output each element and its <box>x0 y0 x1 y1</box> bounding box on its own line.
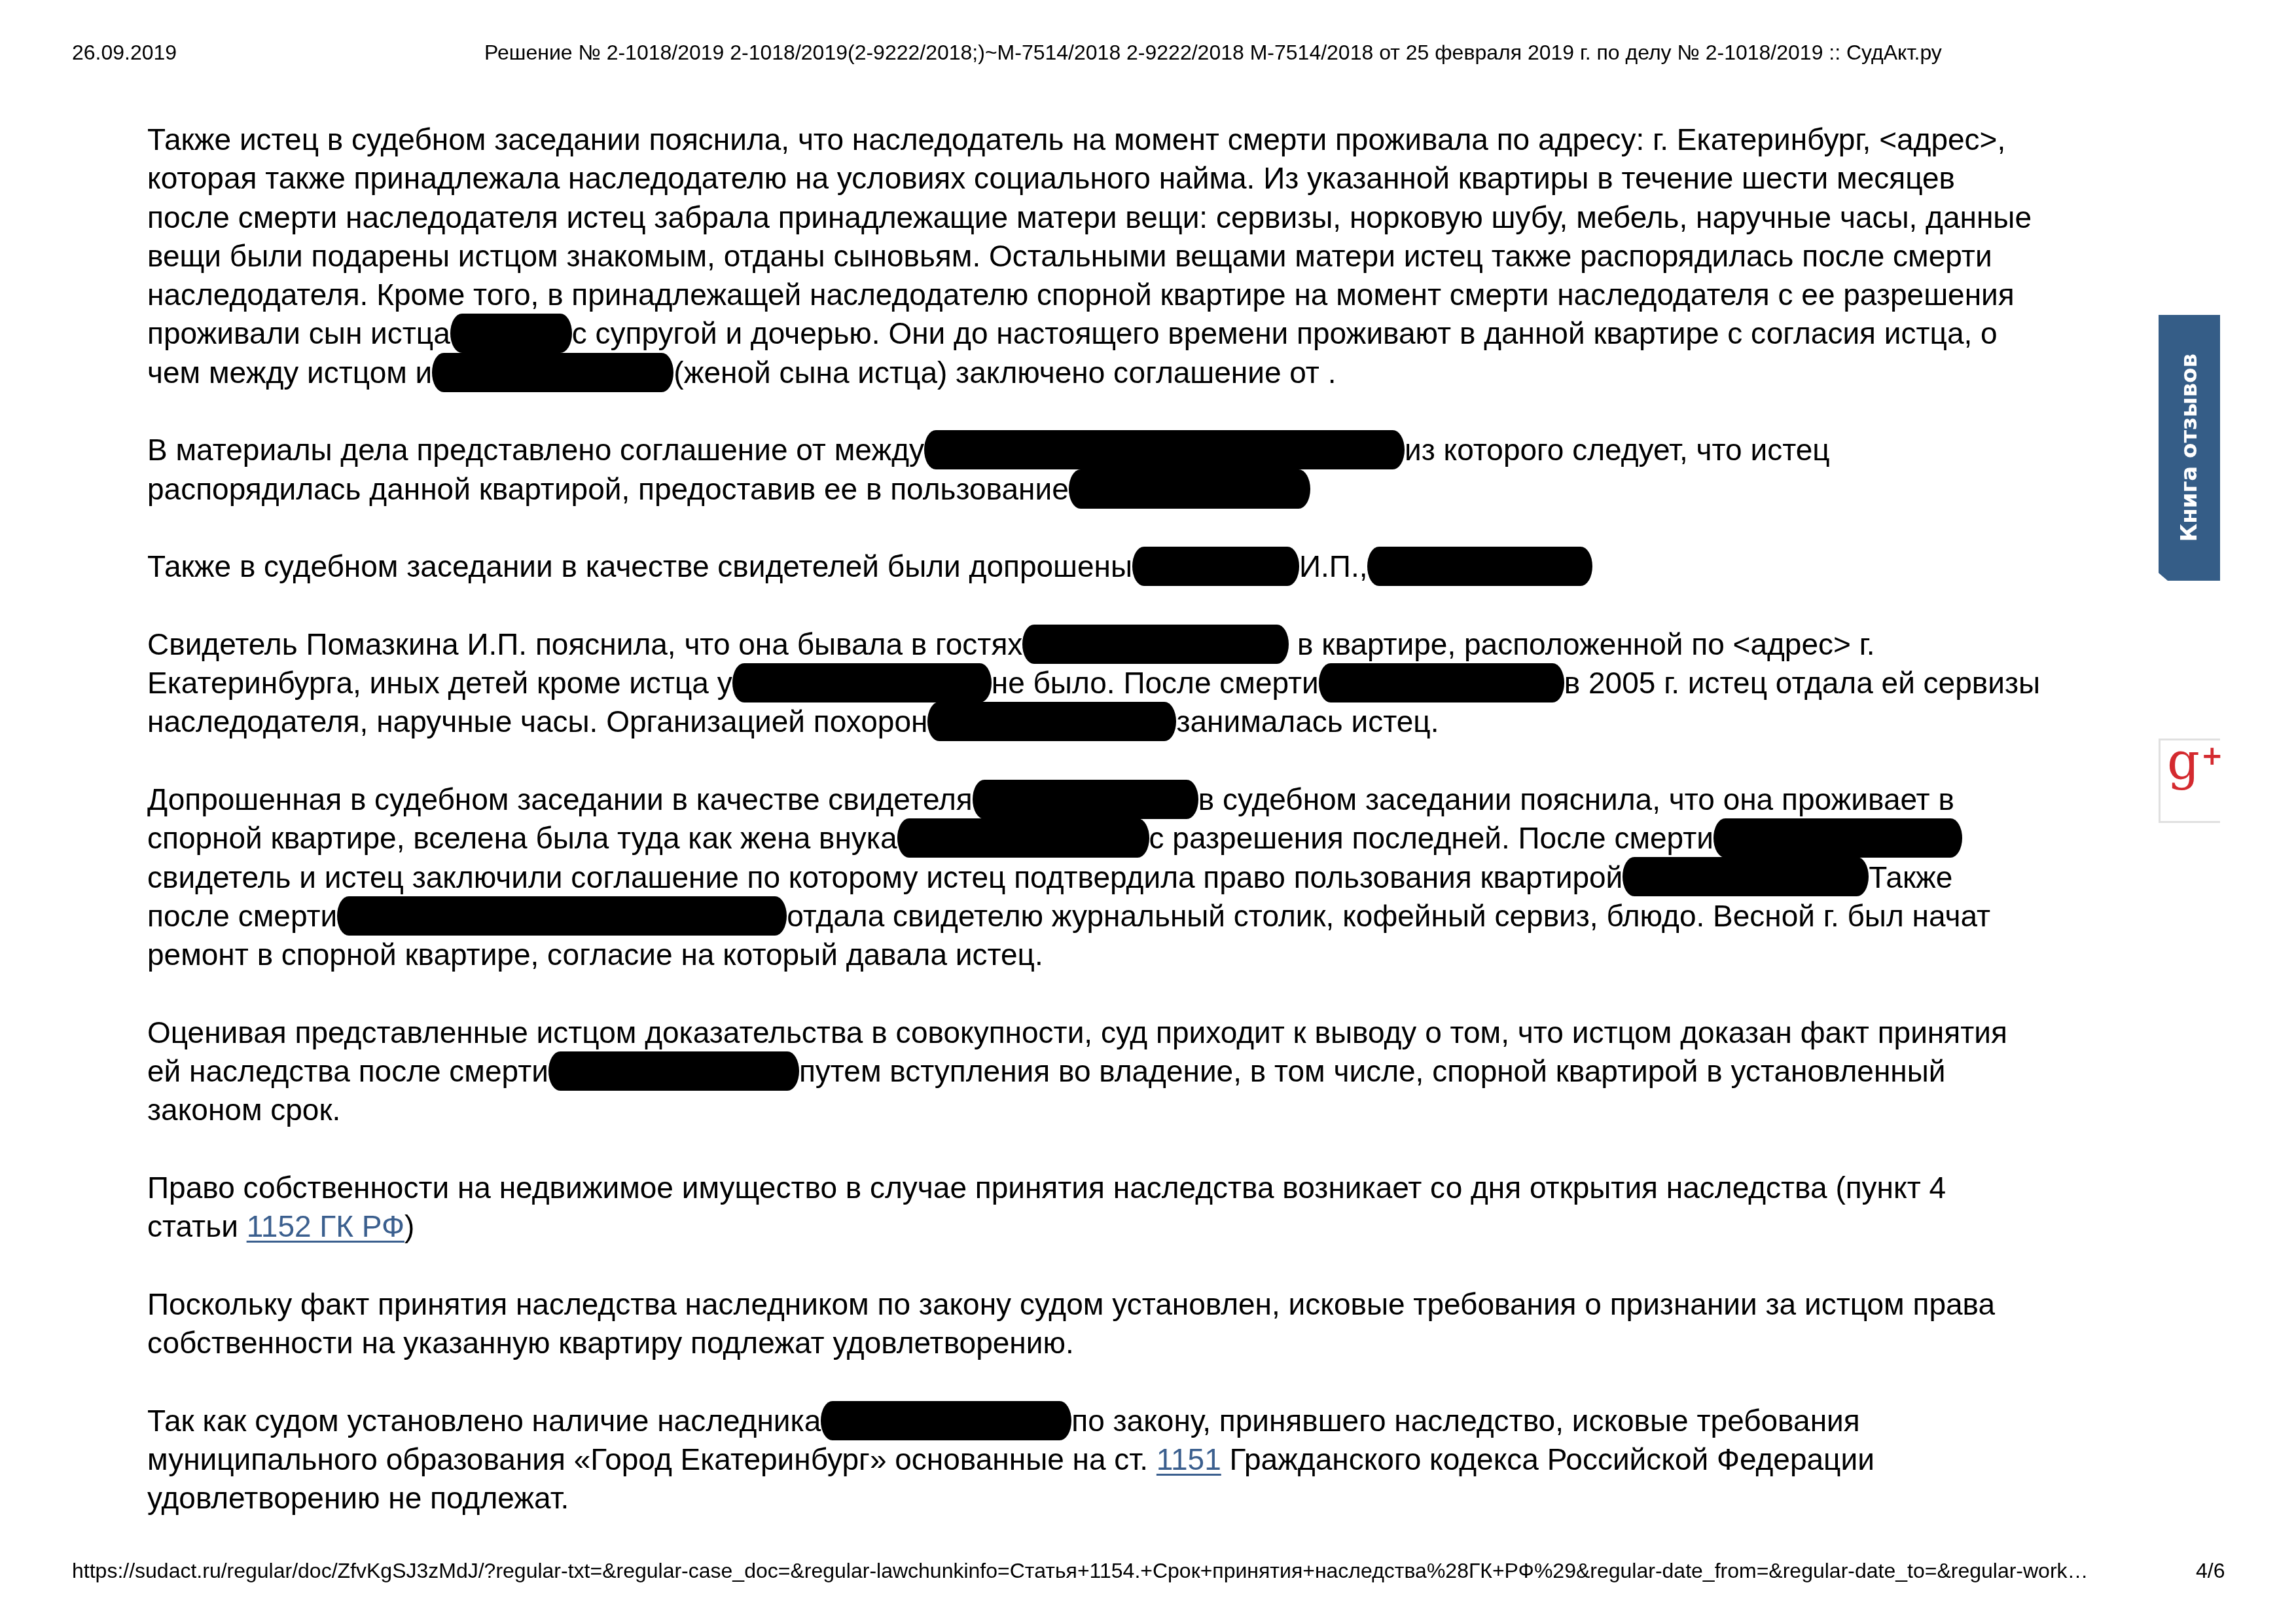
text-segment: Свидетель Помазкина И.П. пояснила, что о… <box>147 627 1022 661</box>
text-segment: после смерти <box>147 899 337 933</box>
redacted-name <box>973 780 1198 819</box>
redacted-name <box>432 353 673 392</box>
text-line: спорной квартире, вселена была туда как … <box>147 819 2104 858</box>
text-segment: Оценивая представленные истцом доказател… <box>147 1015 2007 1049</box>
text-line: ремонт в спорной квартире, согласие на к… <box>147 936 2104 974</box>
redacted-name <box>1132 547 1299 586</box>
text-segment: ) <box>404 1209 414 1243</box>
text-segment: с разрешения последней. После смерти <box>1149 821 1713 855</box>
text-segment: из которого следует, что истец <box>1405 433 1830 467</box>
paragraph: Поскольку факт принятия наследства насле… <box>147 1285 2104 1363</box>
redacted-name <box>1022 625 1289 664</box>
law-article-link[interactable]: 1152 ГК РФ <box>247 1209 404 1243</box>
text-segment: путем вступления во владение, в том числ… <box>799 1054 1946 1088</box>
redacted-name <box>1713 818 1962 858</box>
text-segment: В материалы дела представлено соглашение… <box>147 433 924 467</box>
text-line: статьи 1152 ГК РФ) <box>147 1207 2104 1246</box>
text-segment: вещи были подарены истцом знакомым, отда… <box>147 239 1992 273</box>
paragraph: Допрошенная в судебном заседании в качес… <box>147 780 2104 974</box>
redacted-name <box>548 1051 799 1091</box>
text-line: свидетель и истец заключили соглашение п… <box>147 858 2104 897</box>
text-segment: Также истец в судебном заседании пояснил… <box>147 122 2005 156</box>
text-segment: распорядилась данной квартирой, предоста… <box>147 472 1069 506</box>
redacted-name <box>821 1401 1071 1440</box>
paragraph: Право собственности на недвижимое имущес… <box>147 1169 2104 1247</box>
redacted-name <box>450 314 572 353</box>
text-line: ей наследства после смертипутем вступлен… <box>147 1052 2104 1091</box>
text-line: муниципального образования «Город Екатер… <box>147 1440 2104 1479</box>
text-segment: с супругой и дочерью. Они до настоящего … <box>572 316 1998 350</box>
text-segment: Гражданского кодекса Российской Федераци… <box>1221 1442 1874 1476</box>
text-segment: ремонт в спорной квартире, согласие на к… <box>147 938 1043 972</box>
text-segment: ей наследства после смерти <box>147 1054 548 1088</box>
text-line: Также в судебном заседании в качестве св… <box>147 547 2104 586</box>
text-segment: свидетель и истец заключили соглашение п… <box>147 860 1623 894</box>
text-segment: занималась истец. <box>1176 704 1439 739</box>
text-segment: Право собственности на недвижимое имущес… <box>147 1171 1946 1205</box>
text-line: чем между истцом и(женой сына истца) зак… <box>147 354 2104 392</box>
text-line: которая также принадлежала наследодателю… <box>147 159 2104 198</box>
plus-icon: + <box>2201 743 2223 769</box>
text-segment: Екатеринбурга, иных детей кроме истца у <box>147 666 732 700</box>
feedback-book-button[interactable]: Книга отзывов <box>2159 315 2220 581</box>
text-segment: чем между истцом и <box>147 356 432 390</box>
google-plus-icon: g <box>2167 737 2200 788</box>
text-line: наследодателя, наручные часы. Организаци… <box>147 702 2104 741</box>
text-segment: Допрошенная в судебном заседании в качес… <box>147 782 973 816</box>
page-url: https://sudact.ru/regular/doc/ZfvKgSJ3zM… <box>72 1559 2089 1583</box>
text-line: Екатеринбурга, иных детей кроме истца ун… <box>147 664 2104 702</box>
feedback-book-label: Книга отзывов <box>2176 354 2202 542</box>
page-title: Решение № 2-1018/2019 2-1018/2019(2-9222… <box>484 41 1942 65</box>
paragraph: В материалы дела представлено соглашение… <box>147 431 2104 509</box>
text-segment: Поскольку факт принятия наследства насле… <box>147 1287 1995 1321</box>
law-article-link[interactable]: 1151 <box>1157 1442 1221 1476</box>
text-segment: Так как судом установлено наличие наслед… <box>147 1404 821 1438</box>
redacted-name <box>337 896 787 936</box>
paragraph: Так как судом установлено наличие наслед… <box>147 1402 2104 1518</box>
redacted-name <box>1367 547 1592 586</box>
text-line: законом срок. <box>147 1091 2104 1129</box>
text-line: В материалы дела представлено соглашение… <box>147 431 2104 469</box>
text-line: Право собственности на недвижимое имущес… <box>147 1169 2104 1207</box>
document-body: Также истец в судебном заседании пояснил… <box>147 120 2104 1557</box>
redacted-name <box>732 663 992 702</box>
text-line: собственности на указанную квартиру подл… <box>147 1324 2104 1362</box>
google-plus-button[interactable]: g + <box>2159 739 2220 823</box>
text-segment: Также <box>1869 860 1952 894</box>
text-segment: законом срок. <box>147 1093 340 1127</box>
text-line: после смертиотдала свидетелю журнальный … <box>147 897 2104 936</box>
text-segment: в квартире, расположенной по <адрес> г. <box>1289 627 1874 661</box>
paragraph: Оценивая представленные истцом доказател… <box>147 1013 2104 1130</box>
text-segment: наследодателя. Кроме того, в принадлежащ… <box>147 278 2015 312</box>
text-segment: (женой сына истца) заключено соглашение … <box>673 356 1336 390</box>
text-line: вещи были подарены истцом знакомым, отда… <box>147 237 2104 276</box>
text-segment: проживали сын истца <box>147 316 450 350</box>
redacted-name <box>1623 857 1869 896</box>
text-segment: по закону, принявшего наследство, исковы… <box>1071 1404 1859 1438</box>
text-line: Так как судом установлено наличие наслед… <box>147 1402 2104 1440</box>
text-segment: в судебном заседании пояснила, что она п… <box>1198 782 1954 816</box>
text-segment: статьи <box>147 1209 247 1243</box>
text-line: Допрошенная в судебном заседании в качес… <box>147 780 2104 819</box>
text-line: удовлетворению не подлежат. <box>147 1479 2104 1518</box>
redacted-name <box>927 702 1176 741</box>
text-segment: Также в судебном заседании в качестве св… <box>147 549 1132 583</box>
text-line: после смерти наследодателя истец забрала… <box>147 198 2104 237</box>
text-segment: не было. После смерти <box>992 666 1319 700</box>
redacted-name <box>1069 469 1310 509</box>
text-segment: собственности на указанную квартиру подл… <box>147 1326 1074 1360</box>
text-segment: после смерти наследодателя истец забрала… <box>147 200 2032 234</box>
redacted-name <box>1319 663 1564 702</box>
redacted-name <box>924 430 1405 469</box>
text-line: Оценивая представленные истцом доказател… <box>147 1013 2104 1052</box>
paragraph: Свидетель Помазкина И.П. пояснила, что о… <box>147 625 2104 742</box>
text-segment: спорной квартире, вселена была туда как … <box>147 821 897 855</box>
text-segment: отдала свидетелю журнальный столик, кофе… <box>787 899 1990 933</box>
redacted-name <box>897 818 1149 858</box>
text-line: Также истец в судебном заседании пояснил… <box>147 120 2104 159</box>
text-line: Поскольку факт принятия наследства насле… <box>147 1285 2104 1324</box>
paragraph: Также истец в судебном заседании пояснил… <box>147 120 2104 392</box>
text-segment: наследодателя, наручные часы. Организаци… <box>147 704 927 739</box>
text-segment: И.П., <box>1299 549 1367 583</box>
text-line: Свидетель Помазкина И.П. пояснила, что о… <box>147 625 2104 664</box>
text-segment: которая также принадлежала наследодателю… <box>147 161 1955 195</box>
text-line: распорядилась данной квартирой, предоста… <box>147 470 2104 509</box>
text-line: наследодателя. Кроме того, в принадлежащ… <box>147 276 2104 314</box>
paragraph: Также в судебном заседании в качестве св… <box>147 547 2104 586</box>
text-segment: удовлетворению не подлежат. <box>147 1481 569 1515</box>
text-line: проживали сын истцас супругой и дочерью.… <box>147 314 2104 353</box>
page-number: 4/6 <box>2196 1559 2225 1583</box>
print-date: 26.09.2019 <box>72 41 177 65</box>
text-segment: в 2005 г. истец отдала ей сервизы <box>1564 666 2040 700</box>
text-segment: муниципального образования «Город Екатер… <box>147 1442 1157 1476</box>
